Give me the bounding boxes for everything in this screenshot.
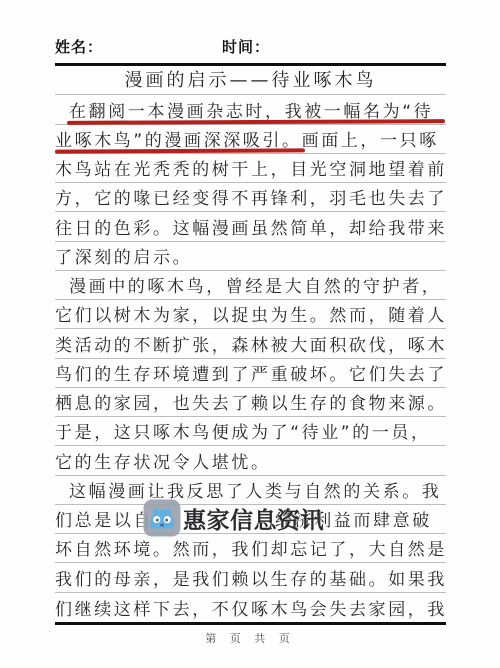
- essay-line-13: 它的生存状况令人堪忧。: [55, 446, 446, 475]
- essay-line-10: 鸟们的生存环境遭到了严重破坏。它们失去了: [55, 359, 446, 388]
- essay-line-12: 于是，这只啄木鸟便成为了“待业”的一员，: [55, 417, 446, 446]
- essay-line-4: 方，它的喙已经变得不再锋利，羽毛也失去了: [55, 183, 446, 212]
- essay-line-16: 坏自然环境。然而，我们却忘记了，大自然是: [55, 534, 446, 563]
- essay-line-2: 业啄木鸟”的漫画深深吸引。画面上，一只啄: [55, 125, 446, 154]
- header: 姓名： 时间：: [55, 36, 448, 60]
- essay-line-17: 我们的母亲，是我们赖以生存的基础。如果我: [55, 563, 446, 592]
- watermark-text: 惠家信息资讯: [183, 502, 324, 535]
- scanned-essay-page: 姓名： 时间： 漫画的启示——待业啄木鸟 在翻阅一本漫画杂志时，我被一幅名为“待…: [0, 0, 500, 668]
- essay-line-18: 们继续这样下去，不仅啄木鸟会失去家园，我: [55, 593, 446, 622]
- essay-line-7: 漫画中的啄木鸟，曾经是大自然的守护者，: [55, 271, 446, 300]
- essay-line-8: 它们以树木为家，以捉虫为生。然而，随着人: [55, 300, 446, 329]
- red-underline: [55, 148, 305, 153]
- essay-title: 漫画的启示——待业啄木鸟: [125, 66, 377, 92]
- essay-line-11: 栖息的家园，也失去了赖以生存的食物来源。: [55, 388, 446, 417]
- essay-line-6: 了深刻的启示。: [55, 242, 446, 271]
- blue-creature-logo-icon: [143, 499, 181, 537]
- essay-title-line: 漫画的启示——待业啄木鸟: [55, 66, 446, 95]
- ruled-writing-sheet: 漫画的启示——待业啄木鸟 在翻阅一本漫画杂志时，我被一幅名为“待 业啄木鸟”的漫…: [55, 63, 446, 625]
- essay-line-9: 类活动的不断扩张，森林被大面积砍伐，啄木: [55, 329, 446, 358]
- page-number-footer: 第 页 共 页: [0, 630, 500, 646]
- essay-line-3: 木鸟站在光秃秃的树干上，目光空洞地望着前: [55, 154, 446, 183]
- watermark: 惠家信息资讯: [143, 499, 324, 537]
- time-label: 时间：: [222, 36, 270, 57]
- essay-line-1: 在翻阅一本漫画杂志时，我被一幅名为“待: [55, 95, 446, 124]
- name-label: 姓名：: [55, 38, 103, 56]
- essay-line-5: 往日的色彩。这幅漫画虽然简单，却给我带来: [55, 212, 446, 241]
